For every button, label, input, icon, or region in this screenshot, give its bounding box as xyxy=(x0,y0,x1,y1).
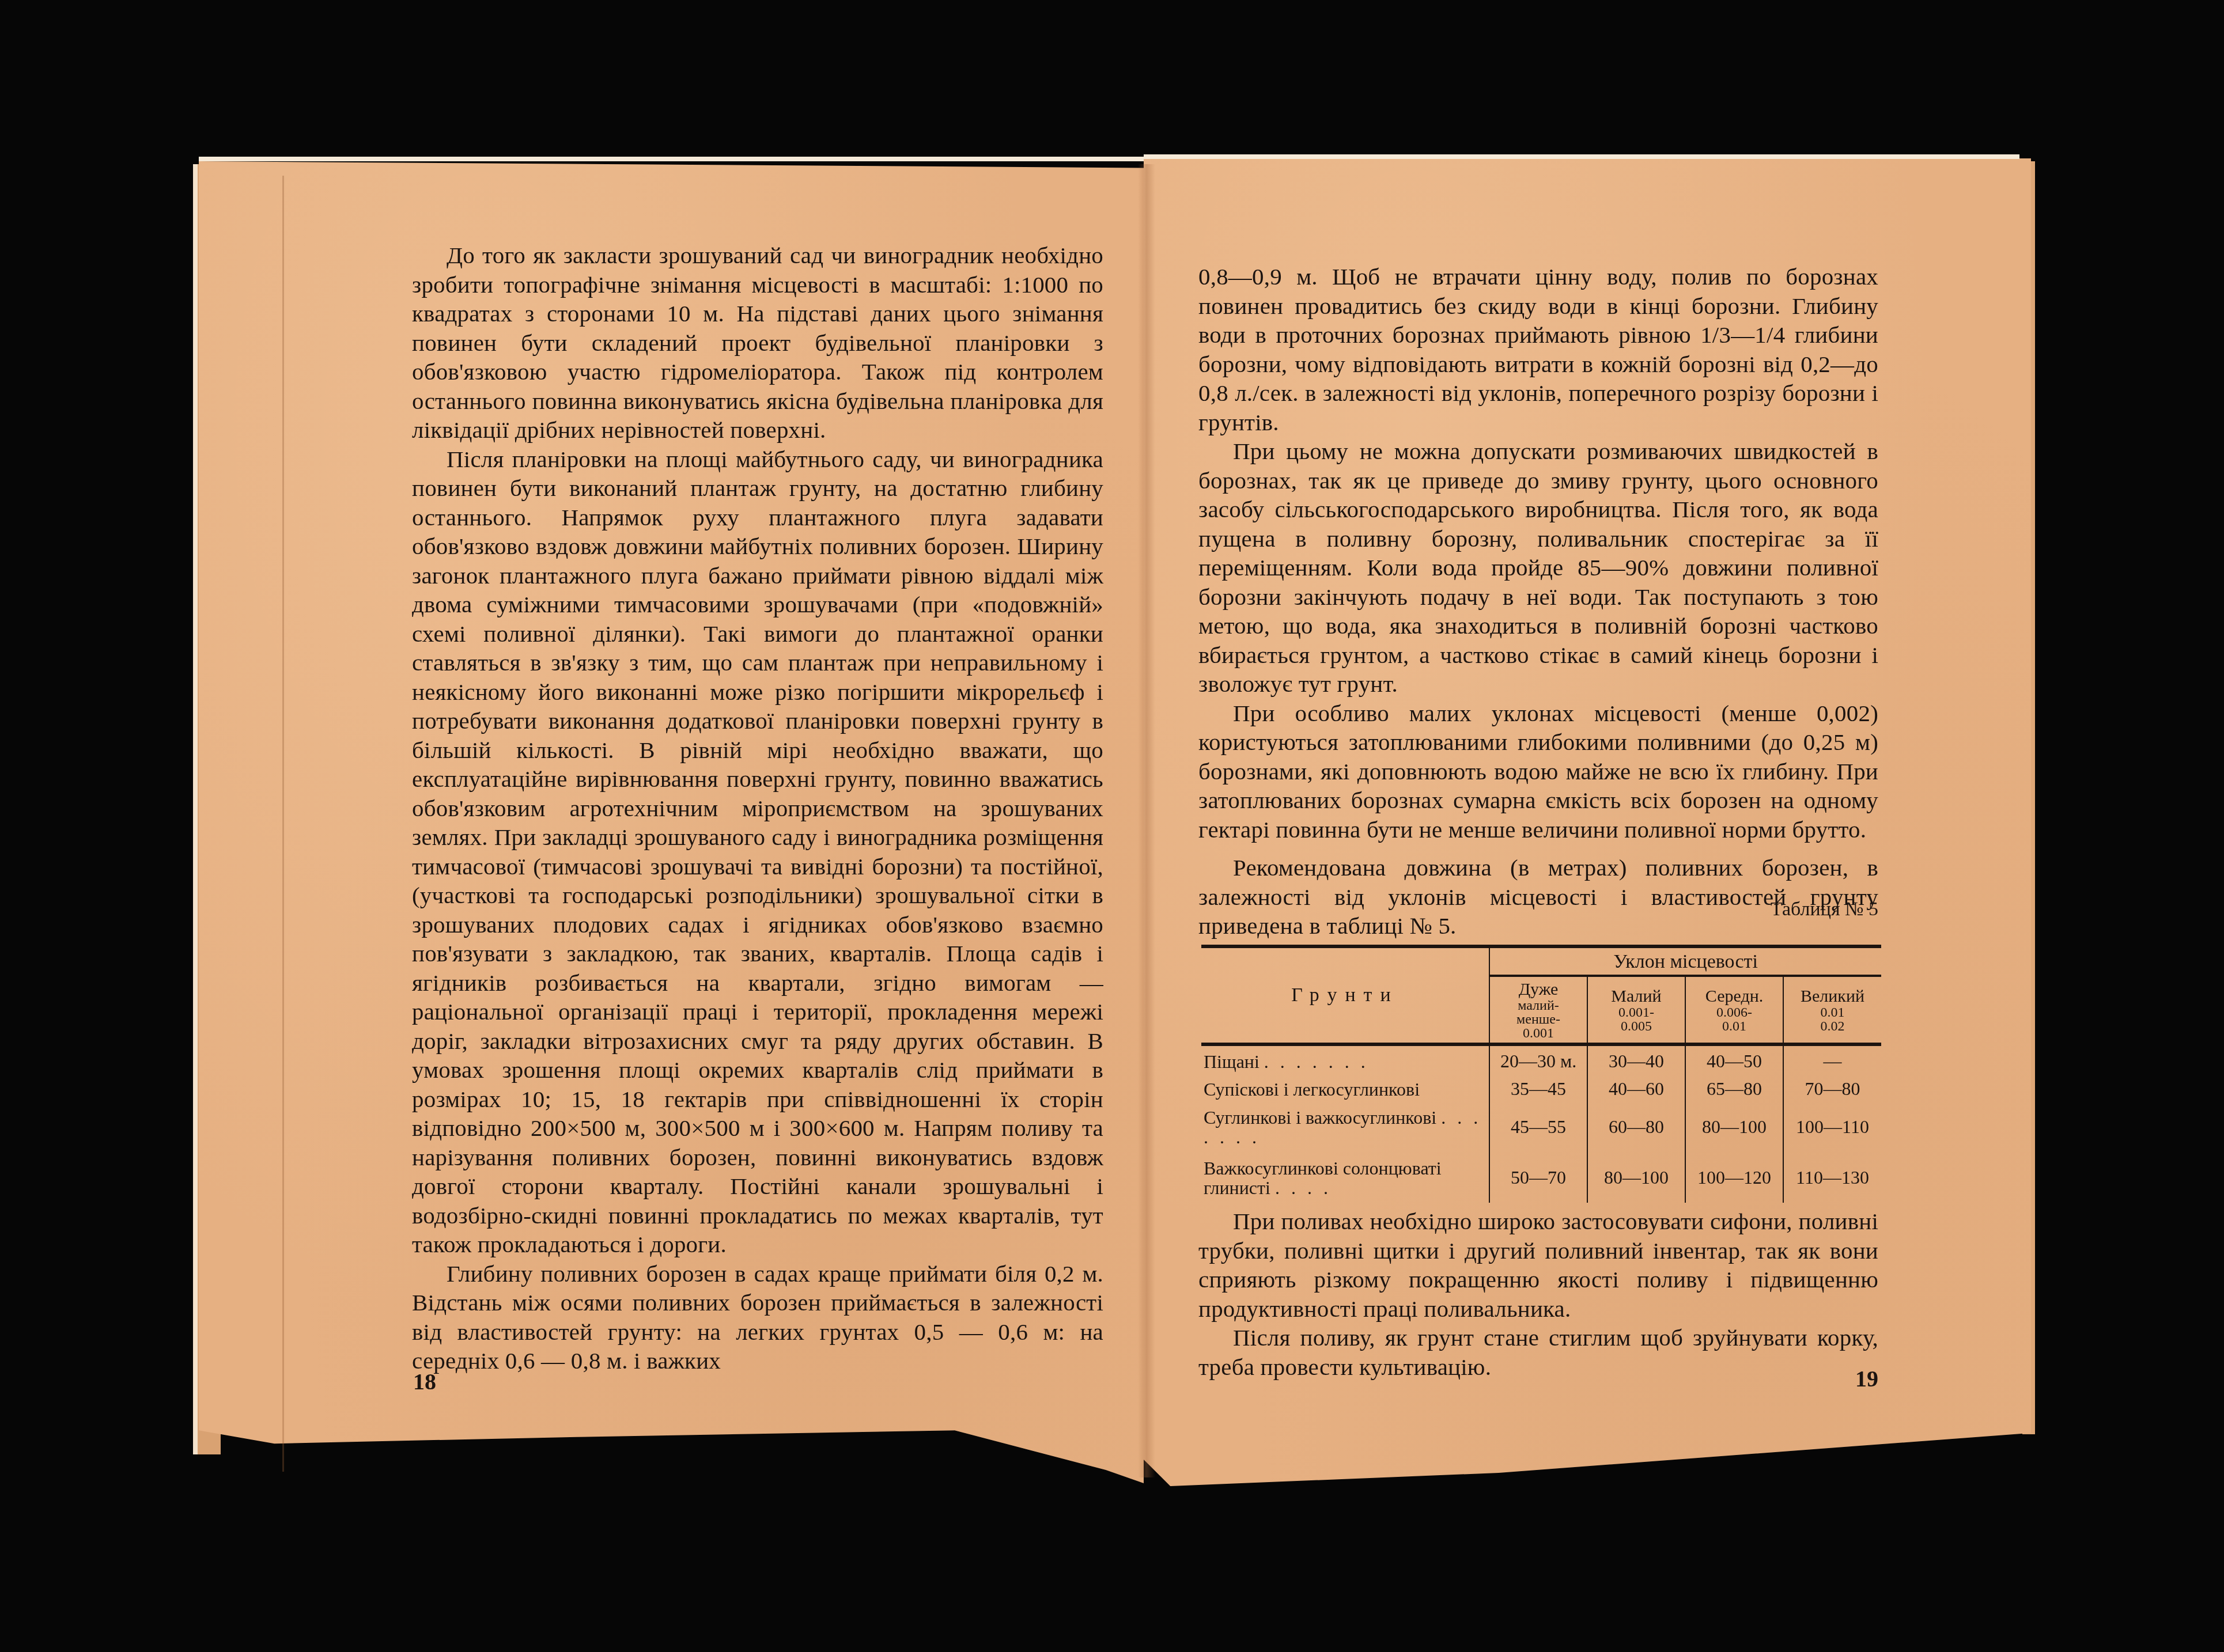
paragraph: 0,8—0,9 м. Щоб не втрачати цінну воду, п… xyxy=(1198,262,1878,437)
paragraph: При цьому не можна допускати розмиваючих… xyxy=(1198,437,1878,699)
right-page-top-edge xyxy=(1144,154,2019,159)
paragraph: До того як закласти зрошуваний сад чи ви… xyxy=(412,241,1103,445)
table-row: Піщані . . . . . . . 20—30 м. 30—40 40—5… xyxy=(1201,1046,1881,1076)
table-header-slope: Уклон місцевості xyxy=(1489,948,1881,976)
paragraph: Глибину поливних борозен в садах краще п… xyxy=(412,1259,1103,1376)
paragraph: Після поливу, як грунт стане стиглим щоб… xyxy=(1198,1323,1878,1381)
furrow-length-table: Грунти Уклон місцевості Дуже малий- менш… xyxy=(1201,945,1881,1203)
paragraph: При поливах необхідно широко застосовува… xyxy=(1198,1207,1878,1323)
left-page-top-edge xyxy=(199,157,1144,161)
page-number-left: 18 xyxy=(413,1368,436,1395)
paragraph: При особливо малих уклонах місцевості (м… xyxy=(1198,699,1878,844)
right-page-body: 0,8—0,9 м. Щоб не втрачати цінну воду, п… xyxy=(1198,262,1878,941)
right-page-body-after-table: При поливах необхідно широко застосовува… xyxy=(1198,1207,1878,1381)
left-page-body: До того як закласти зрошуваний сад чи ви… xyxy=(412,241,1103,1376)
left-page-fold-line xyxy=(282,176,284,1472)
paragraph: Після планіровки на площі майбутнього са… xyxy=(412,445,1103,1259)
table-caption: Таблиця № 5 xyxy=(1728,899,1878,920)
paragraph: Рекомендована довжина (в метрах) поливни… xyxy=(1198,853,1878,941)
open-book: До того як закласти зрошуваний сад чи ви… xyxy=(0,0,2224,1652)
table-col-header: Дуже малий- менше- 0.001 xyxy=(1489,976,1587,1044)
table-row: Супіскові і легкосуглинкові 35—45 40—60 … xyxy=(1201,1076,1881,1101)
book-gutter xyxy=(1138,164,1155,1477)
table-header-soils: Грунти xyxy=(1201,948,1489,1044)
table-row: Важкосуглинкові солонцюваті глинисті . .… xyxy=(1201,1152,1881,1203)
table-row: Суглинкові і важкосуглинкові . . . . . .… xyxy=(1201,1101,1881,1152)
page-number-right: 19 xyxy=(1855,1365,1878,1392)
table-col-header: Малий 0.001- 0.005 xyxy=(1587,976,1685,1044)
table-col-header: Великий 0.01 0.02 xyxy=(1783,976,1881,1044)
table-col-header: Середн. 0.006- 0.01 xyxy=(1685,976,1783,1044)
